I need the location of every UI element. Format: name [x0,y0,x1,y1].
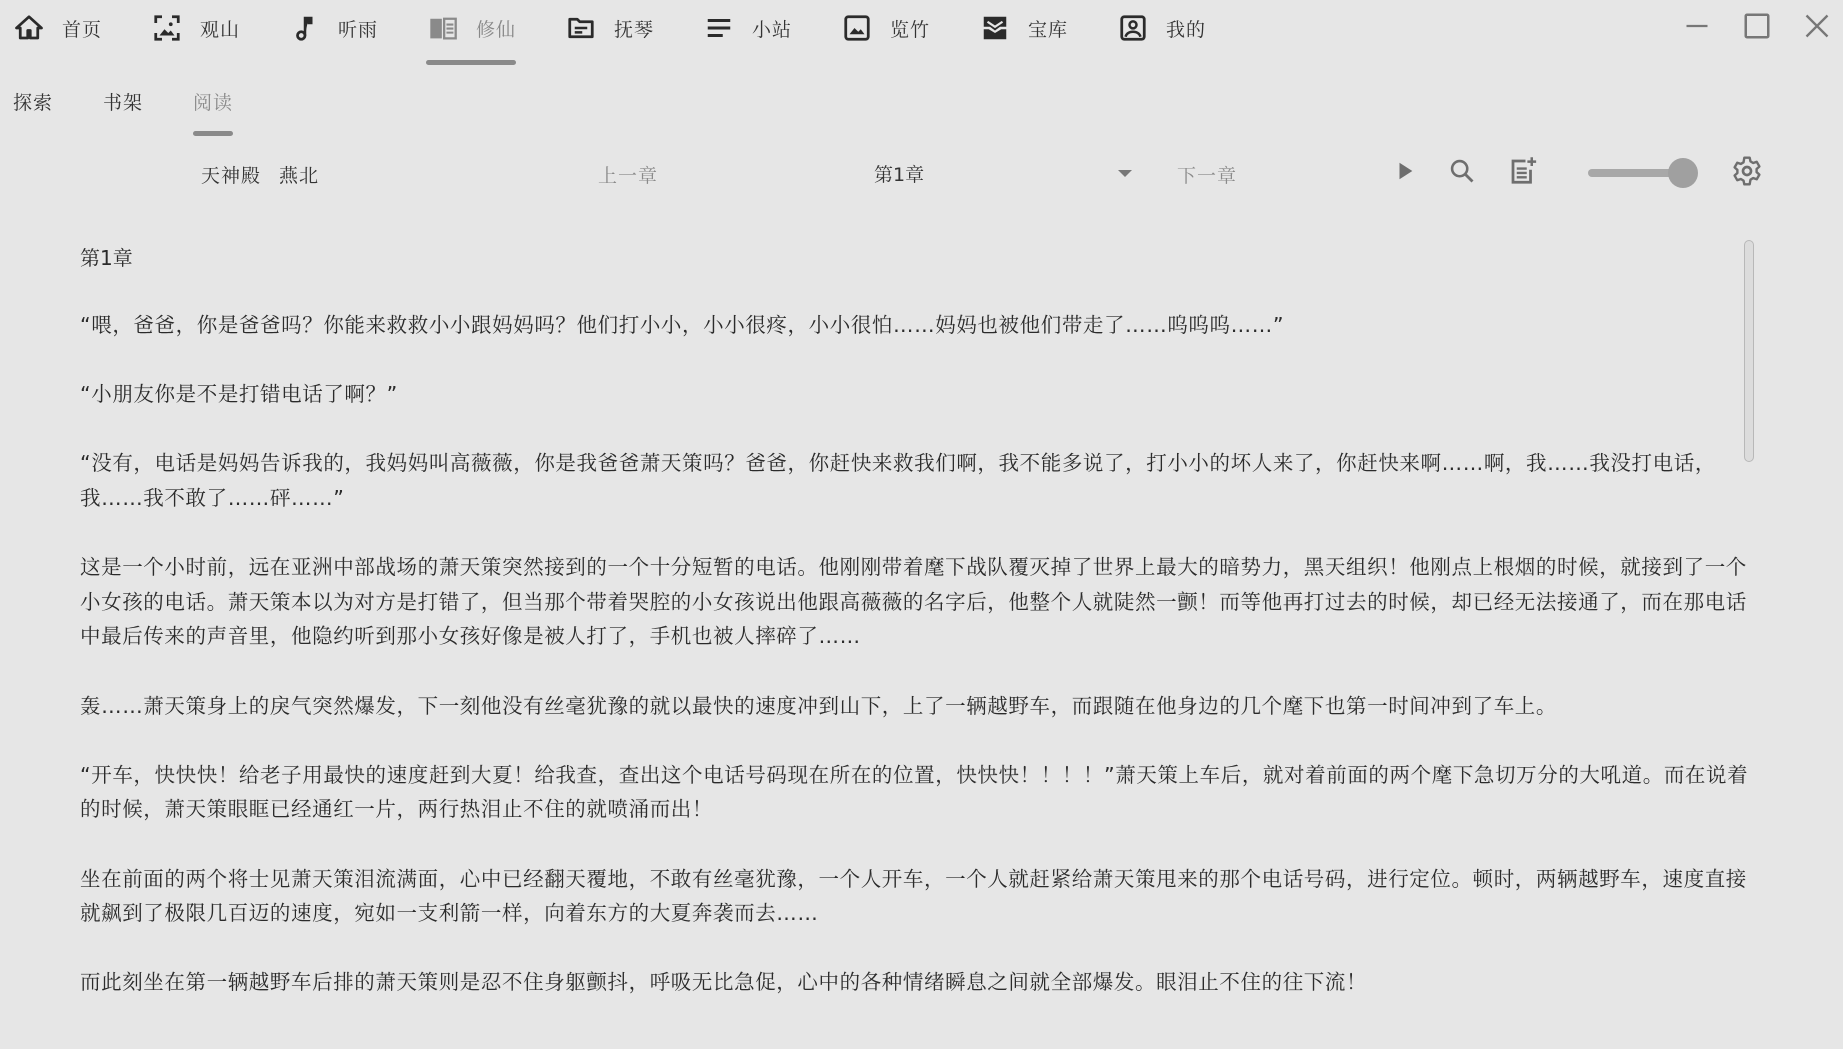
menu-lines-icon [704,13,734,43]
add-note-icon [1508,156,1538,190]
chapter-text: “喂，爸爸，你是爸爸吗？你能来救救小小跟妈妈吗？他们打小小，小小很疼，小小很怕…… [80,308,1750,1034]
nav-item-wode[interactable]: 我的 [1118,10,1206,46]
reader-scrollbar[interactable] [1744,240,1754,462]
search-icon [1448,157,1476,189]
close-button[interactable] [1801,12,1833,44]
play-button[interactable] [1388,156,1422,190]
paragraph: 这是一个小时前，远在亚洲中部战场的萧天策突然接到的一个十分短暂的电话。他刚刚带着… [80,550,1750,654]
nav-label: 首页 [62,15,102,42]
book-author: 燕北 [279,161,319,188]
book-title: 天神殿 [201,161,261,188]
nav-item-fuqin[interactable]: 抚琴 [566,10,654,46]
reader-content: 第1章 “喂，爸爸，你是爸爸吗？你能来救救小小跟妈妈吗？他们打小小，小小很疼，小… [0,232,1760,1049]
nav-label: 我的 [1166,15,1206,42]
close-icon [1803,12,1831,44]
nav-item-home[interactable]: 首页 [14,10,102,46]
maximize-button[interactable] [1741,12,1773,44]
nav-item-tingyu[interactable]: 听雨 [290,10,378,46]
paragraph: “小朋友你是不是打错电话了啊？” [80,377,1750,412]
sub-tabs: 探索 书架 阅读 [0,78,600,138]
nav-label: 修仙 [476,15,516,42]
image-frame-icon [152,13,182,43]
inbox-icon [980,13,1010,43]
music-note-icon [290,13,320,43]
nav-item-lanzhu[interactable]: 览竹 [842,10,930,46]
picture-icon [842,13,872,43]
chapter-title: 第1章 [80,242,133,271]
minimize-icon [1683,12,1711,44]
paragraph: 轰……萧天策身上的戾气突然爆发，下一刻他没有丝毫犹豫的就以最快的速度冲到山下，上… [80,689,1750,724]
top-nav: 首页 观山 听雨 修仙 抚琴 小站 览竹 [0,0,1843,62]
slider-thumb[interactable] [1668,158,1698,188]
paragraph: 而此刻坐在第一辆越野车后排的萧天策则是忍不住身躯颤抖，呼吸无比急促，心中的各种情… [80,965,1750,1000]
add-note-button[interactable] [1506,156,1540,190]
home-icon [14,13,44,43]
scrollbar-thumb[interactable] [1744,240,1754,462]
tab-reading[interactable]: 阅读 [193,88,233,115]
nav-item-xiuxian[interactable]: 修仙 [428,10,516,46]
settings-button[interactable] [1730,156,1764,190]
nav-label: 听雨 [338,15,378,42]
next-chapter-button[interactable]: 下一章 [1177,161,1237,188]
subtab-active-indicator [193,131,233,136]
nav-label: 观山 [200,15,240,42]
nav-item-guanshan[interactable]: 观山 [152,10,240,46]
nav-item-xiaozhan[interactable]: 小站 [704,10,792,46]
paragraph: “开车，快快快！给老子用最快的速度赶到大夏！给我查，查出这个电话号码现在所在的位… [80,758,1750,827]
prev-chapter-button[interactable]: 上一章 [598,161,658,188]
minimize-button[interactable] [1681,12,1713,44]
font-size-slider[interactable] [1588,158,1696,188]
tab-bookshelf[interactable]: 书架 [103,88,143,115]
gear-icon [1731,155,1763,191]
search-button[interactable] [1445,156,1479,190]
folder-icon [566,13,596,43]
book-open-icon [428,13,458,43]
paragraph: “没有，电话是妈妈告诉我的，我妈妈叫高薇薇，你是我爸爸萧天策吗？爸爸，你赶快来救… [80,446,1750,515]
chevron-down-icon [1118,170,1132,177]
maximize-icon [1742,11,1772,45]
nav-label: 抚琴 [614,15,654,42]
account-box-icon [1118,13,1148,43]
reader-toolbar: 天神殿 燕北 上一章 第1章 下一章 [0,150,1843,196]
paragraph: “喂，爸爸，你是爸爸吗？你能来救救小小跟妈妈吗？他们打小小，小小很疼，小小很怕…… [80,308,1750,343]
nav-label: 小站 [752,15,792,42]
chapter-select-value: 第1章 [874,160,924,187]
tab-explore[interactable]: 探索 [13,88,53,115]
nav-label: 览竹 [890,15,930,42]
play-icon [1394,160,1416,186]
nav-label: 宝库 [1028,15,1068,42]
paragraph: 坐在前面的两个将士见萧天策泪流满面，心中已经翻天覆地，不敢有丝毫犹豫，一个人开车… [80,862,1750,931]
nav-item-baoku[interactable]: 宝库 [980,10,1068,46]
chapter-select[interactable]: 第1章 [874,156,1134,190]
nav-active-indicator [426,60,516,65]
